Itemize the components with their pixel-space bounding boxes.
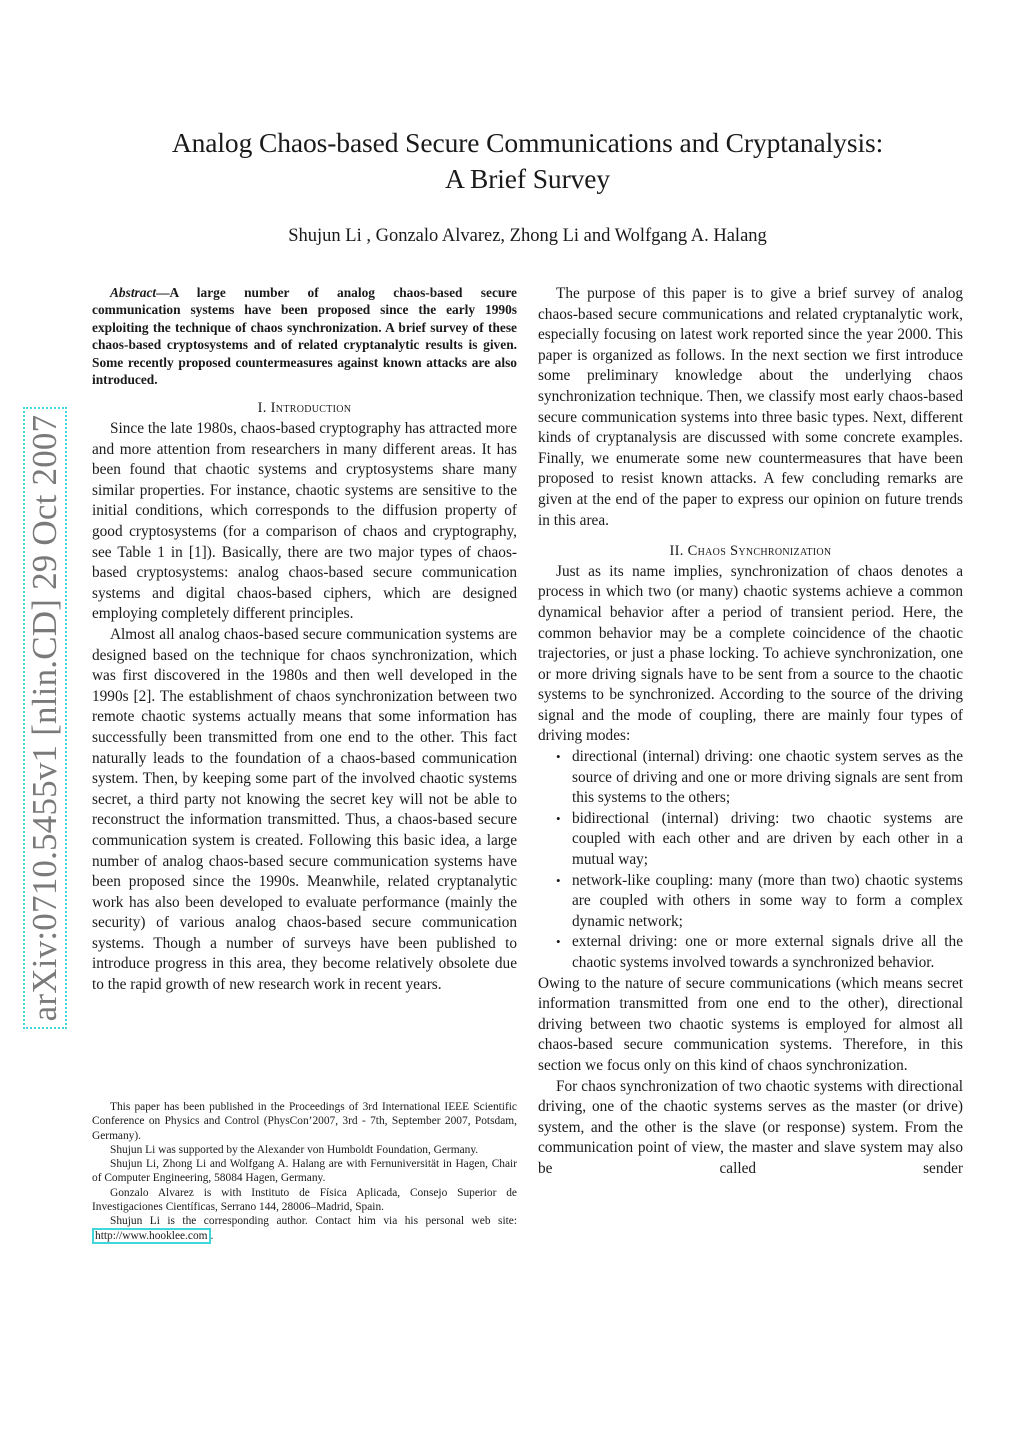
paper-title: Analog Chaos-based Secure Communications… xyxy=(100,125,955,197)
homepage-link[interactable]: http://www.hooklee.com xyxy=(92,1228,211,1244)
section-number: II. xyxy=(670,543,684,559)
intro-paragraph-3: The purpose of this paper is to give a b… xyxy=(538,284,963,531)
footnote-corresponding-author: Shujun Li is the corresponding author. C… xyxy=(92,1214,517,1243)
footnote-funding: Shujun Li was supported by the Alexander… xyxy=(92,1143,517,1157)
title-line-1: Analog Chaos-based Secure Communications… xyxy=(172,127,883,158)
list-item: external driving: one or more external s… xyxy=(572,932,963,973)
footnote-affiliation-madrid: Gonzalo Alvarez is with Instituto de Fís… xyxy=(92,1186,517,1215)
arxiv-identifier: arXiv:0710.5455v1 [nlin.CD] 29 Oct 2007 xyxy=(25,415,65,1022)
sync-paragraph-1: Just as its name implies, synchronizatio… xyxy=(538,562,963,747)
abstract: Abstract—A large number of analog chaos-… xyxy=(92,284,517,388)
title-line-2: A Brief Survey xyxy=(445,163,610,194)
corresponding-period: . xyxy=(211,1230,214,1242)
abstract-label: Abstract xyxy=(110,285,156,300)
section-heading-chaos-synchronization: II. Chaos Synchronization xyxy=(538,541,963,562)
driving-modes-list: directional (internal) driving: one chao… xyxy=(538,747,963,974)
section-title: Chaos Synchronization xyxy=(688,543,832,559)
section-heading-introduction: I. Introduction xyxy=(92,398,517,419)
author-list: Shujun Li , Gonzalo Alvarez, Zhong Li an… xyxy=(100,224,955,248)
section-number: I. xyxy=(258,400,267,416)
right-column: The purpose of this paper is to give a b… xyxy=(538,284,963,1180)
footnote-affiliation-hagen: Shujun Li, Zhong Li and Wolfgang A. Hala… xyxy=(92,1157,517,1186)
left-column: Abstract—A large number of analog chaos-… xyxy=(92,284,517,996)
abstract-dash: — xyxy=(156,285,169,300)
list-item: bidirectional (internal) driving: two ch… xyxy=(572,809,963,871)
abstract-text: A large number of analog chaos-based sec… xyxy=(92,285,517,387)
intro-paragraph-2: Almost all analog chaos-based secure com… xyxy=(92,625,517,996)
sync-paragraph-2: Owing to the nature of secure communicat… xyxy=(538,974,963,1077)
sync-paragraph-3: For chaos synchronization of two chaotic… xyxy=(538,1077,963,1180)
footnote-publication: This paper has been published in the Pro… xyxy=(92,1100,517,1143)
footnotes: This paper has been published in the Pro… xyxy=(92,1100,517,1243)
corresponding-text: Shujun Li is the corresponding author. C… xyxy=(110,1215,517,1227)
section-title: Introduction xyxy=(271,400,352,416)
list-item: network-like coupling: many (more than t… xyxy=(572,871,963,933)
intro-paragraph-1: Since the late 1980s, chaos-based crypto… xyxy=(92,419,517,625)
list-item: directional (internal) driving: one chao… xyxy=(572,747,963,809)
